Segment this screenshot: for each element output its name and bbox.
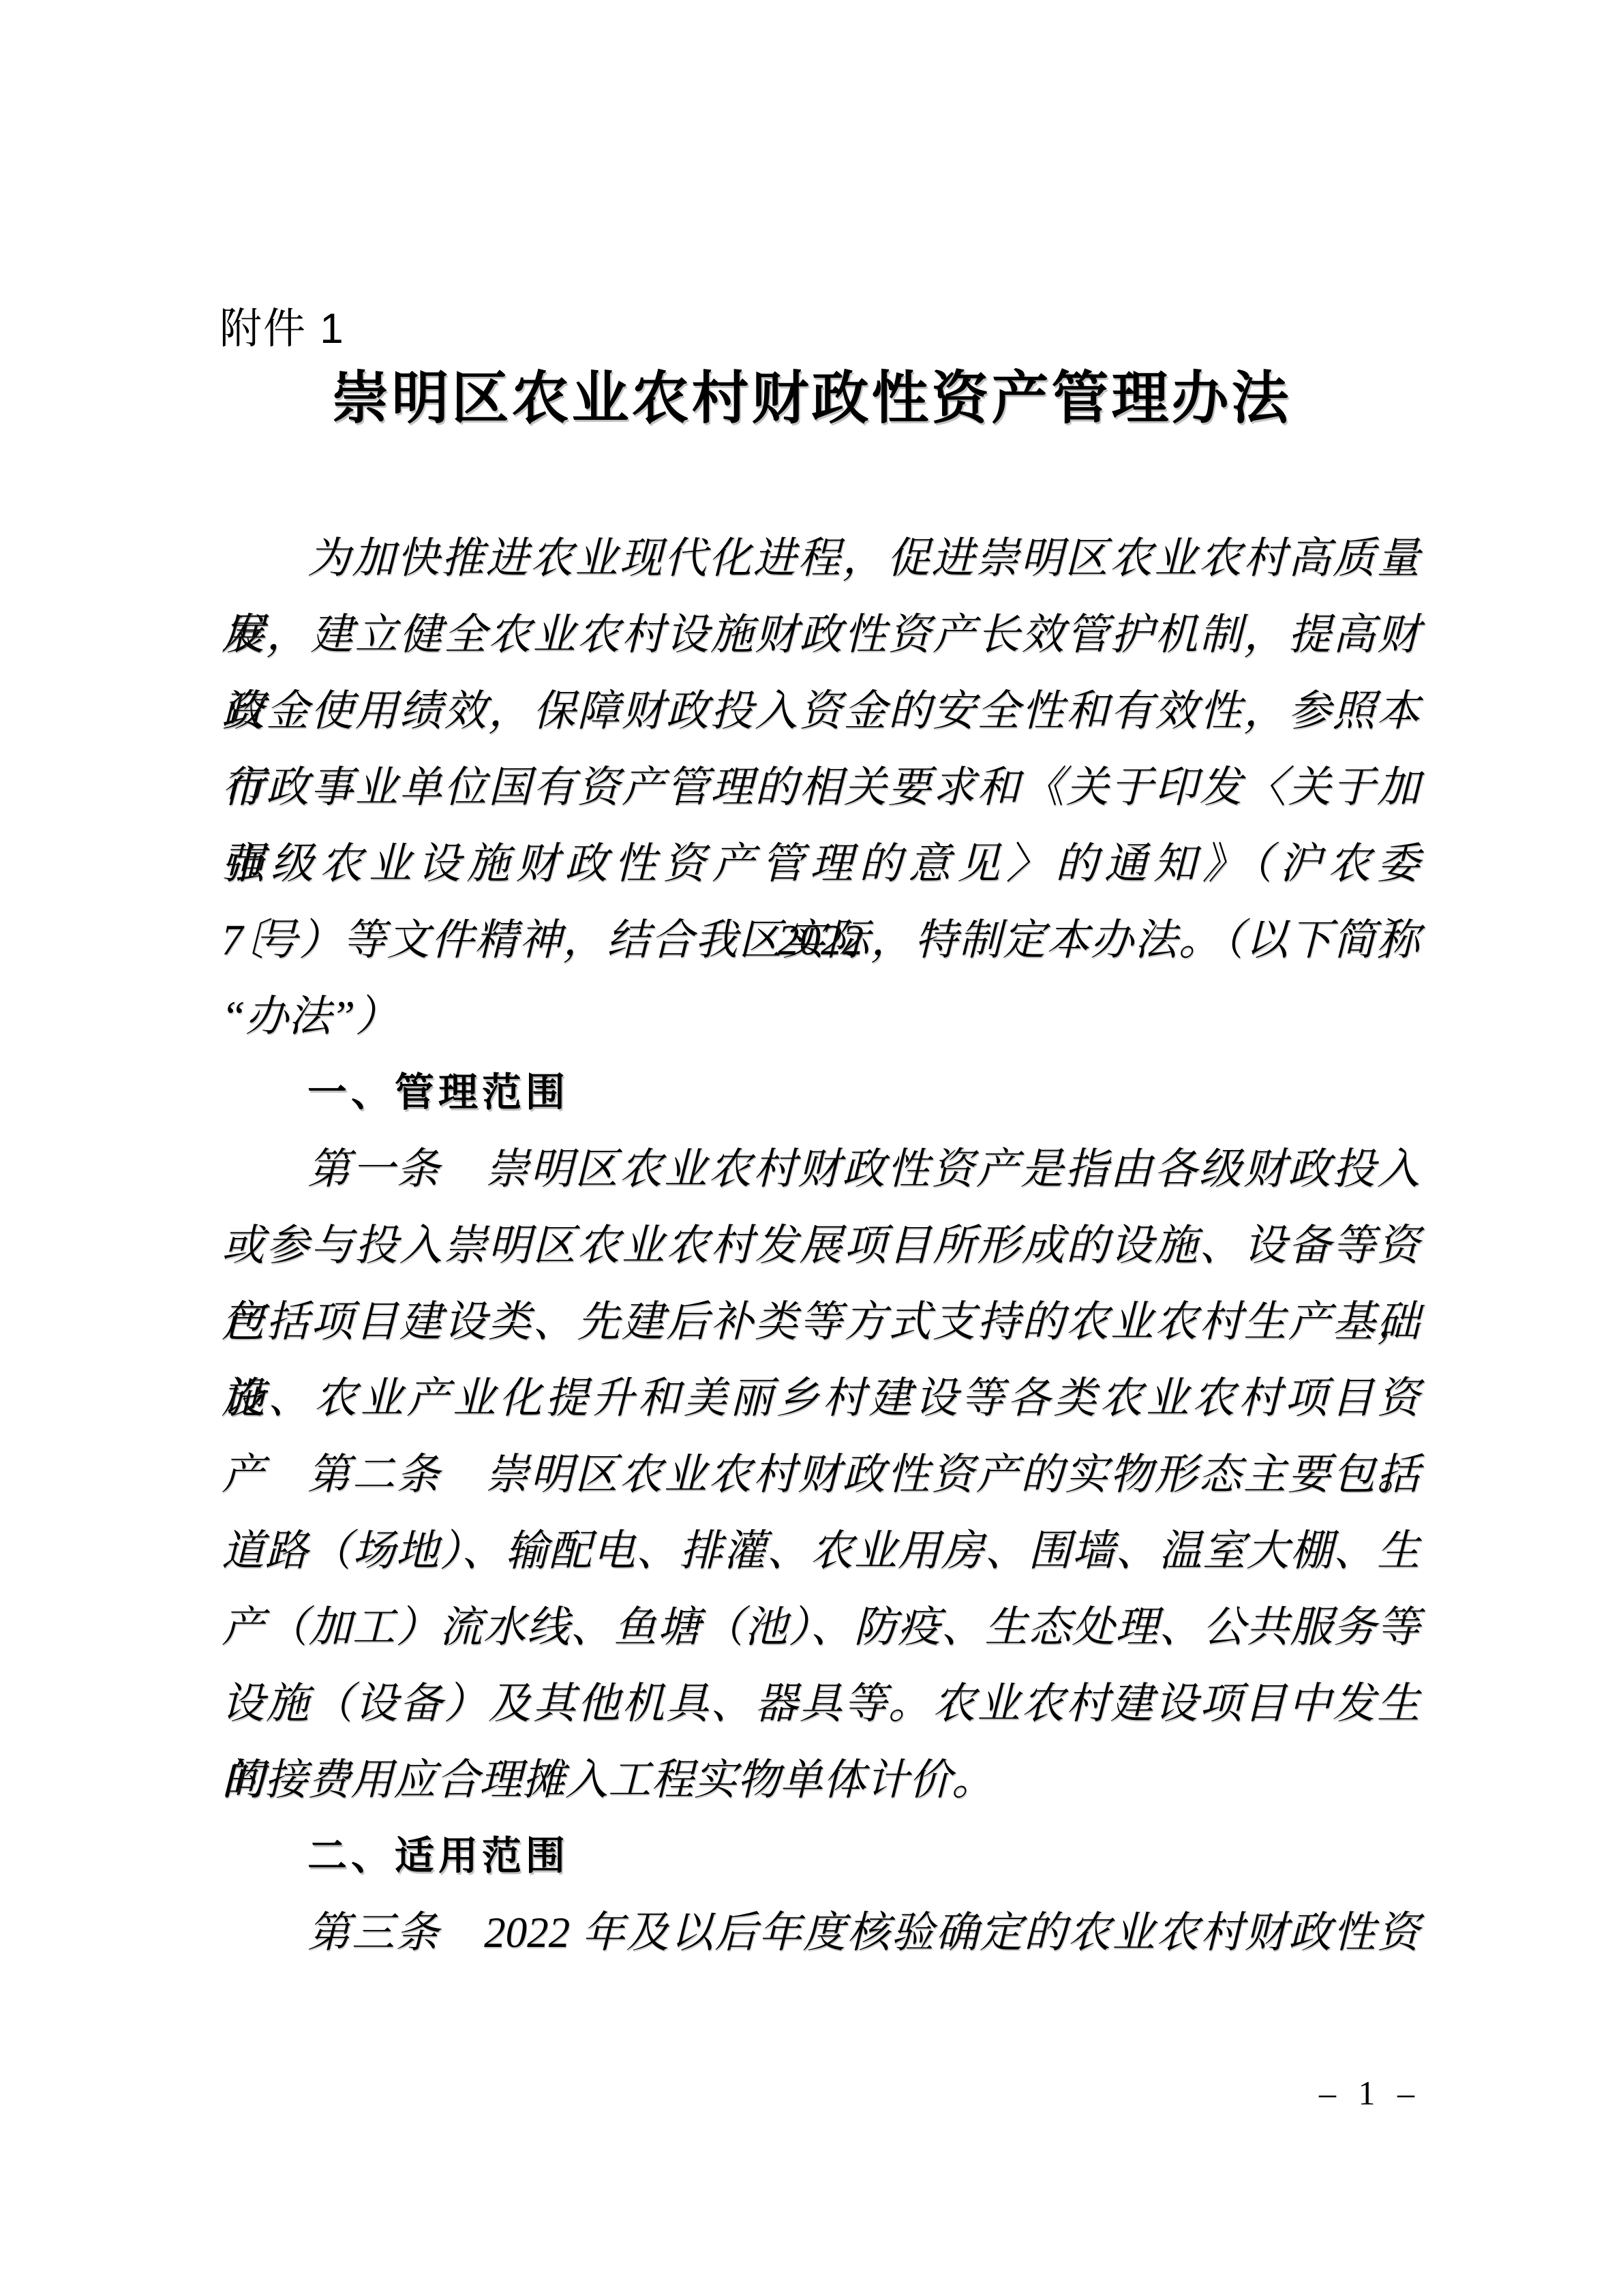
body-line: 资金使用绩效，保障财政投入资金的安全性和有效性，参照本市	[222, 673, 1420, 749]
body-line: 7 号）等文件精神，结合我区实际，特制定本办法。（以下简称	[222, 902, 1420, 978]
section-heading-1: 一、管理范围	[222, 1055, 1420, 1131]
body-line: 或参与投入崇明区农业农村发展项目所形成的设施、设备等资产，	[222, 1207, 1420, 1284]
body-line: 产（加工）流水线、鱼塘（池）、防疫、生态处理、公共服务等	[222, 1589, 1420, 1665]
page-title: 崇明区农业农村财政性资产管理办法	[0, 364, 1623, 435]
body-line: 第三条 2022 年及以后年度核验确定的农业农村财政性资	[222, 1894, 1420, 1971]
document-body: 为加快推进农业现代化进程，促进崇明区农业农村高质量发 展，建立健全农业农村设施财…	[222, 520, 1420, 1971]
body-line: 展，建立健全农业农村设施财政性资产长效管护机制，提高财政	[222, 596, 1420, 673]
body-line: 施、农业产业化提升和美丽乡村建设等各类农业农村项目资产。	[222, 1360, 1420, 1436]
body-line: 第二条 崇明区农业农村财政性资产的实物形态主要包括	[222, 1436, 1420, 1513]
document-page: 附件 1 崇明区农业农村财政性资产管理办法 为加快推进农业现代化进程，促进崇明区…	[0, 0, 1623, 2296]
attachment-label: 附件 1	[219, 304, 345, 354]
body-line: “办法”）	[222, 978, 1420, 1055]
page-number: – 1 –	[1319, 2072, 1421, 2113]
body-line: 设施（设备）及其他机具、器具等。农业农村建设项目中发生的	[222, 1665, 1420, 1742]
body-line: 第一条 崇明区农业农村财政性资产是指由各级财政投入	[222, 1131, 1420, 1207]
body-line: 市级农业设施财政性资产管理的意见〉的通知》（沪农委〔2022〕	[222, 826, 1420, 902]
body-line: 为加快推进农业现代化进程，促进崇明区农业农村高质量发	[222, 520, 1420, 596]
section-heading-2: 二、适用范围	[222, 1818, 1420, 1894]
body-line: 间接费用应合理摊入工程实物单体计价。	[222, 1742, 1420, 1818]
body-line: 包括项目建设类、先建后补类等方式支持的农业农村生产基础设	[222, 1284, 1420, 1360]
body-line: 道路（场地）、输配电、排灌、农业用房、围墙、温室大棚、生	[222, 1513, 1420, 1589]
body-line: 行政事业单位国有资产管理的相关要求和《关于印发〈关于加强	[222, 749, 1420, 826]
